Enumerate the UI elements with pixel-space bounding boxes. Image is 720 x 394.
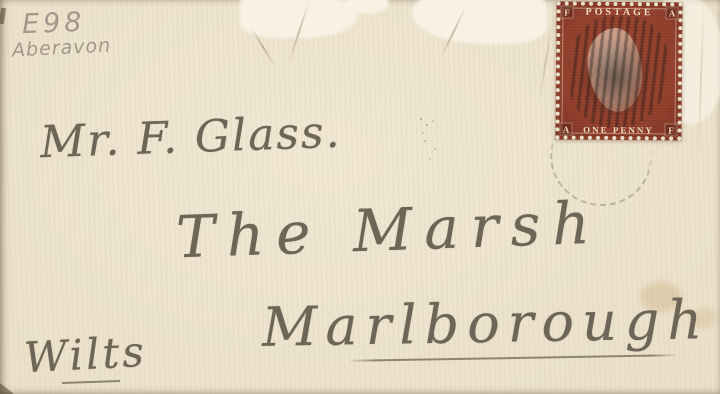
envelope-scan: E98 Aberavon POSTAGE ONE PENNY F A A F M… (0, 0, 720, 394)
address-street-line: The Marsh (175, 189, 603, 272)
stamp-corner-letter-bottom-left: A (559, 122, 572, 135)
postage-stamp: POSTAGE ONE PENNY F A A F (555, 1, 682, 140)
pencil-place-name: Aberavon (11, 34, 111, 61)
stamp-corner-letter-top-right: A (665, 6, 678, 19)
county-underline (62, 380, 120, 384)
stamp-corner-letter-top-left: F (560, 5, 573, 18)
address-recipient-name: Mr. F. Glass. (39, 107, 342, 168)
edge-nick (0, 8, 6, 25)
ink-speckles (420, 118, 422, 120)
corner-shadow (0, 383, 14, 394)
paper-tear-patch (412, 0, 547, 44)
address-town-line: Marlborough (261, 288, 710, 359)
stamp-corner-letter-bottom-right: F (664, 123, 677, 136)
address-county: Wilts (23, 327, 148, 382)
pencil-catalog-number: E98 (21, 7, 85, 40)
